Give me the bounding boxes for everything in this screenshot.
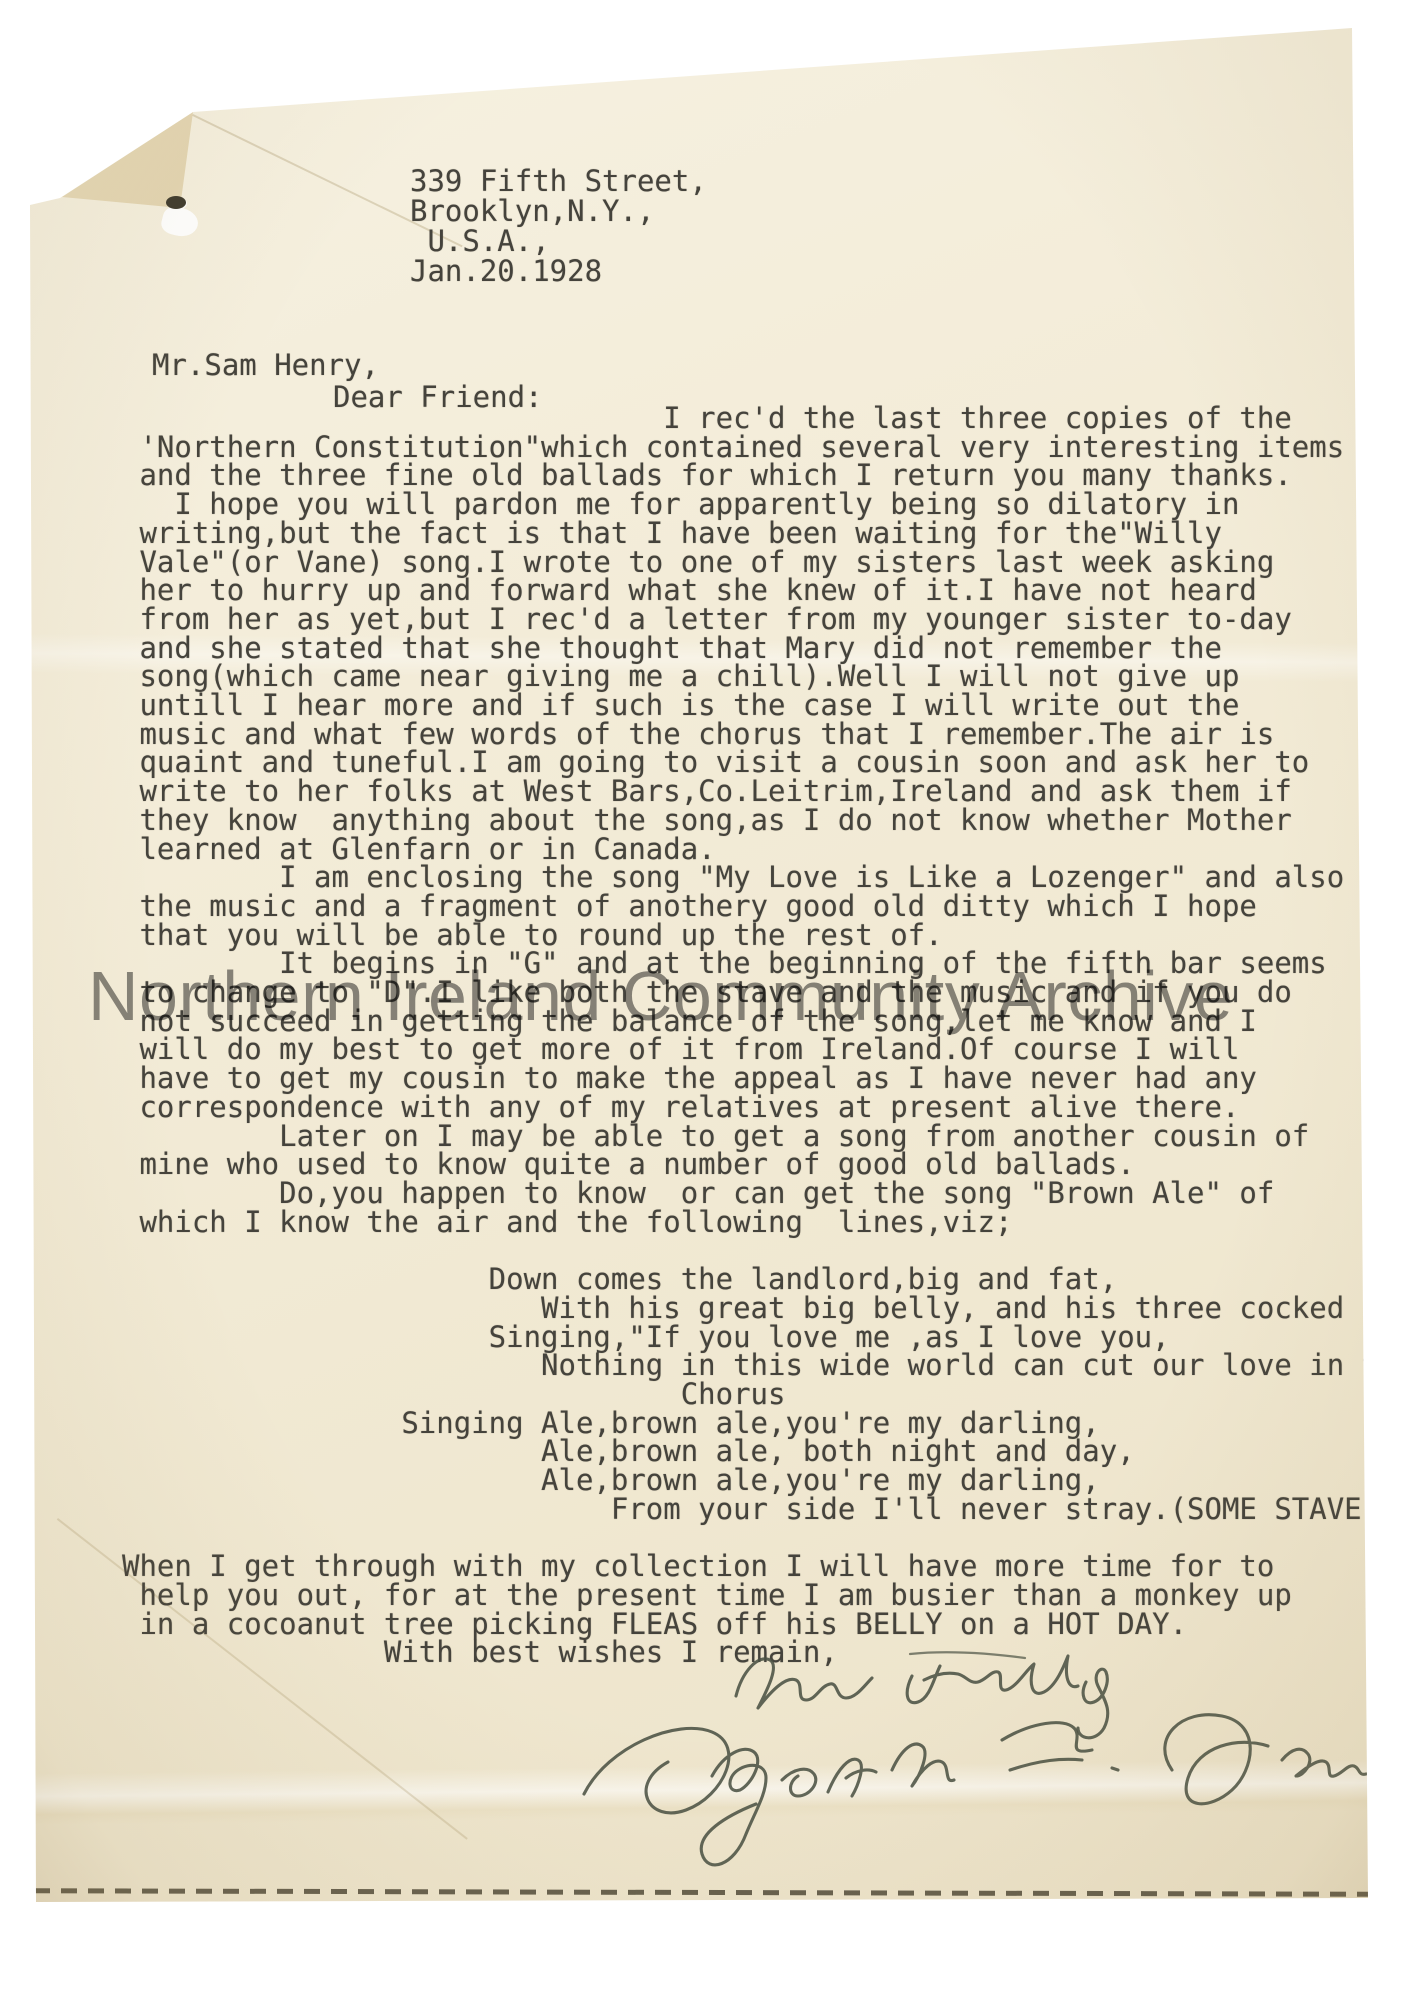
signature-name-script (584, 1715, 1366, 1865)
corner-tear (159, 204, 201, 240)
archive-watermark: Northern Ireland Community Archive (88, 956, 1388, 1036)
paper-sheet: 339 Fifth Street, Brooklyn,N.Y., U.S.A.,… (28, 18, 1400, 1920)
sender-address: 339 Fifth Street, Brooklyn,N.Y., U.S.A.,… (410, 166, 707, 286)
torn-corner-fold (28, 18, 288, 278)
valediction-script (736, 1656, 1108, 1738)
scanned-letter-page: 339 Fifth Street, Brooklyn,N.Y., U.S.A.,… (0, 0, 1414, 2000)
handwritten-signature (520, 1618, 1400, 1898)
recipient-name: Mr.Sam Henry, (152, 348, 379, 382)
pen-underline (910, 1652, 1025, 1658)
punch-hole (166, 196, 186, 209)
